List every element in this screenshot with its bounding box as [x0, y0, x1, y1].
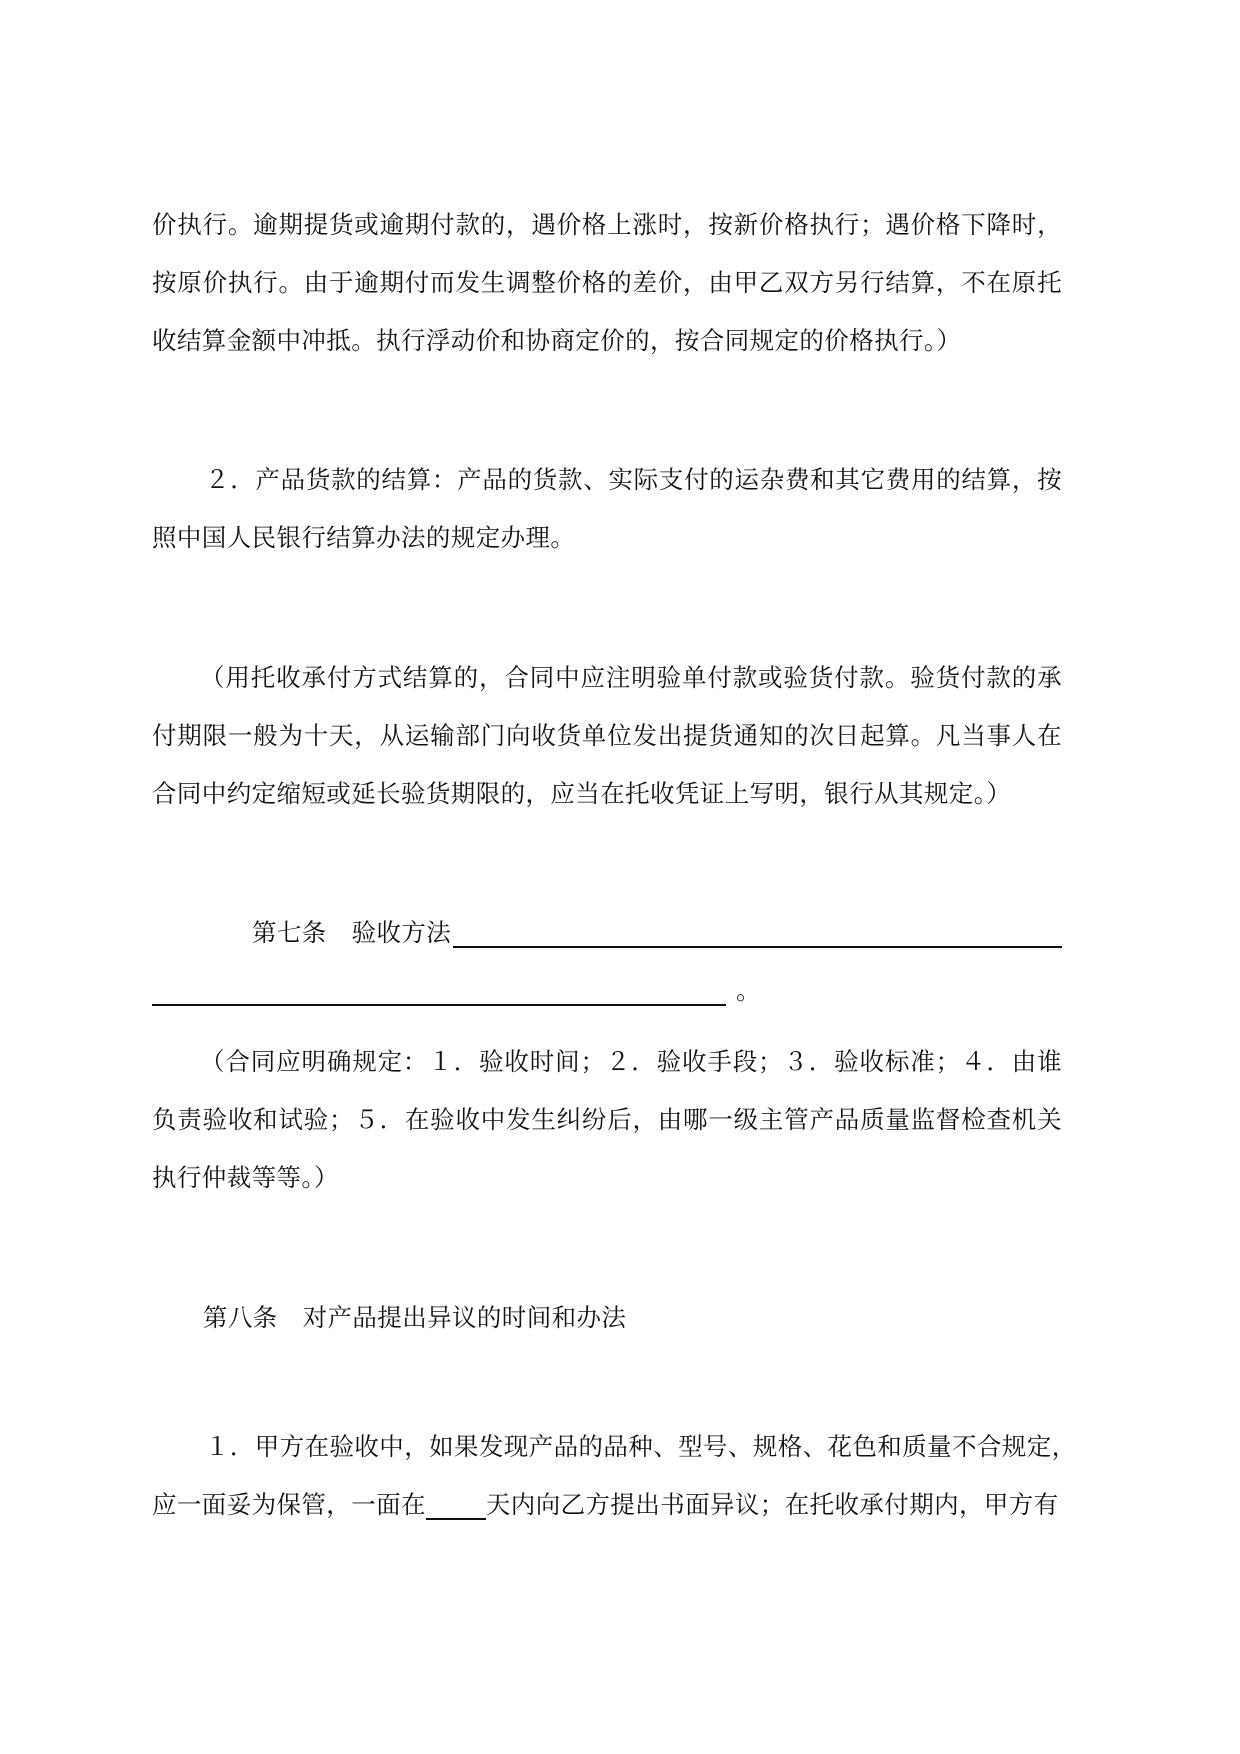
- paragraph-line: 按原价执行。由于逾期付而发生调整价格的差价，由甲乙双方另行结算，不在原托: [152, 268, 1062, 298]
- paragraph-line: （用托收承付方式结算的，合同中应注明验单付款或验货付款。验货付款的承: [200, 663, 1062, 693]
- text-before-blank: 应一面妥为保管，一面在: [152, 1490, 426, 1520]
- paragraph-line: 照中国人民银行结算办法的规定办理。: [152, 523, 1062, 553]
- text-after-blank: 天内向乙方提出书面异议；在托收承付期内，甲方有: [486, 1490, 1059, 1520]
- article-heading: 第七条 验收方法: [252, 918, 451, 948]
- paragraph-line: 价执行。逾期提货或逾期付款的，遇价格上涨时，按新价格执行；遇价格下降时，: [152, 210, 1062, 240]
- paragraph-line: 负责验收和试验；５．在验收中发生纠纷后，由哪一级主管产品质量监督检查机关: [152, 1105, 1062, 1135]
- blank-fill-line[interactable]: [152, 982, 726, 1006]
- article-7-continuation-row: 。: [152, 976, 1062, 1006]
- article-8-item-1-line-2: 应一面妥为保管，一面在 天内向乙方提出书面异议；在托收承付期内，甲方有: [152, 1490, 1062, 1520]
- article-7-heading-row: 第七条 验收方法: [252, 918, 1062, 948]
- paragraph-line: 执行仲裁等等。）: [152, 1163, 1062, 1193]
- days-blank-field[interactable]: [426, 1496, 486, 1520]
- paragraph-line: 付期限一般为十天，从运输部门向收货单位发出提货通知的次日起算。凡当事人在: [152, 721, 1062, 751]
- paragraph-line: （合同应明确规定：１．验收时间；２．验收手段；３．验收标准；４．由谁: [200, 1047, 1062, 1077]
- paragraph-line: 收结算金额中冲抵。执行浮动价和协商定价的，按合同规定的价格执行。）: [152, 326, 1062, 356]
- paragraph-line: 合同中约定缩短或延长验货期限的，应当在托收凭证上写明，银行从其规定。）: [152, 779, 1062, 809]
- article-heading: 第八条 对产品提出异议的时间和办法: [203, 1303, 1062, 1333]
- paragraph-line: ２．产品货款的结算：产品的货款、实际支付的运杂费和其它费用的结算，按: [205, 465, 1062, 495]
- blank-fill-line[interactable]: [453, 924, 1062, 948]
- paragraph-line: １．甲方在验收中，如果发现产品的品种、型号、规格、花色和质量不合规定，: [205, 1432, 1062, 1462]
- period-mark: 。: [736, 976, 761, 1006]
